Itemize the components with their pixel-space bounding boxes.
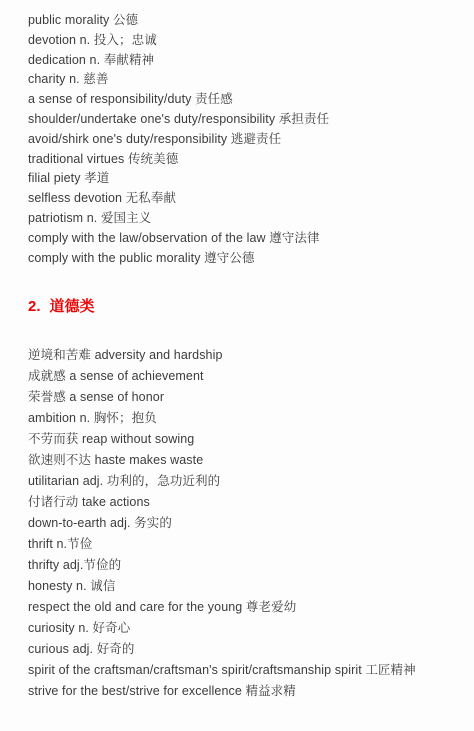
section-heading-title: 道德类 [50, 298, 95, 315]
vocab-line: strive for the best/strive for excellenc… [28, 681, 460, 702]
vocab-line: public morality 公德 [28, 11, 460, 31]
section-heading-number: 2. [28, 298, 41, 315]
vocab-line: devotion n. 投入；忠诚 [28, 31, 460, 51]
vocab-line: filial piety 孝道 [28, 169, 460, 189]
vocab-line: utilitarian adj. 功利的，急功近利的 [28, 471, 460, 492]
vocab-line: 成就感 a sense of achievement [28, 366, 460, 387]
vocab-section-morality-duty: public morality 公德 devotion n. 投入；忠诚 ded… [28, 11, 460, 268]
vocab-line: comply with the public morality 遵守公德 [28, 249, 460, 269]
vocab-line: ambition n. 胸怀；抱负 [28, 408, 460, 429]
vocab-line: curiosity n. 好奇心 [28, 618, 460, 639]
vocab-line: traditional virtues 传统美德 [28, 150, 460, 170]
vocab-line: spirit of the craftsman/craftsman's spir… [28, 660, 460, 681]
section-heading: 2.道德类 [28, 297, 460, 317]
document-page: public morality 公德 devotion n. 投入；忠诚 ded… [0, 0, 474, 702]
vocab-line: avoid/shirk one's duty/responsibility 逃避… [28, 130, 460, 150]
vocab-line: respect the old and care for the young 尊… [28, 597, 460, 618]
vocab-section-morality-traits: 逆境和苦难 adversity and hardship 成就感 a sense… [28, 345, 460, 702]
vocab-line: thrift n.节俭 [28, 534, 460, 555]
vocab-line: 逆境和苦难 adversity and hardship [28, 345, 460, 366]
vocab-line: 荣誉感 a sense of honor [28, 387, 460, 408]
vocab-line: charity n. 慈善 [28, 70, 460, 90]
vocab-line: comply with the law/observation of the l… [28, 229, 460, 249]
vocab-line: thrifty adj.节俭的 [28, 555, 460, 576]
vocab-line: dedication n. 奉献精神 [28, 51, 460, 71]
vocab-line: honesty n. 诚信 [28, 576, 460, 597]
vocab-line: shoulder/undertake one's duty/responsibi… [28, 110, 460, 130]
vocab-line: 付诸行动 take actions [28, 492, 460, 513]
vocab-line: curious adj. 好奇的 [28, 639, 460, 660]
vocab-line: 不劳而获 reap without sowing [28, 429, 460, 450]
vocab-line: selfless devotion 无私奉献 [28, 189, 460, 209]
vocab-line: 欲速则不达 haste makes waste [28, 450, 460, 471]
vocab-line: down-to-earth adj. 务实的 [28, 513, 460, 534]
vocab-line: a sense of responsibility/duty 责任感 [28, 90, 460, 110]
vocab-line: patriotism n. 爱国主义 [28, 209, 460, 229]
